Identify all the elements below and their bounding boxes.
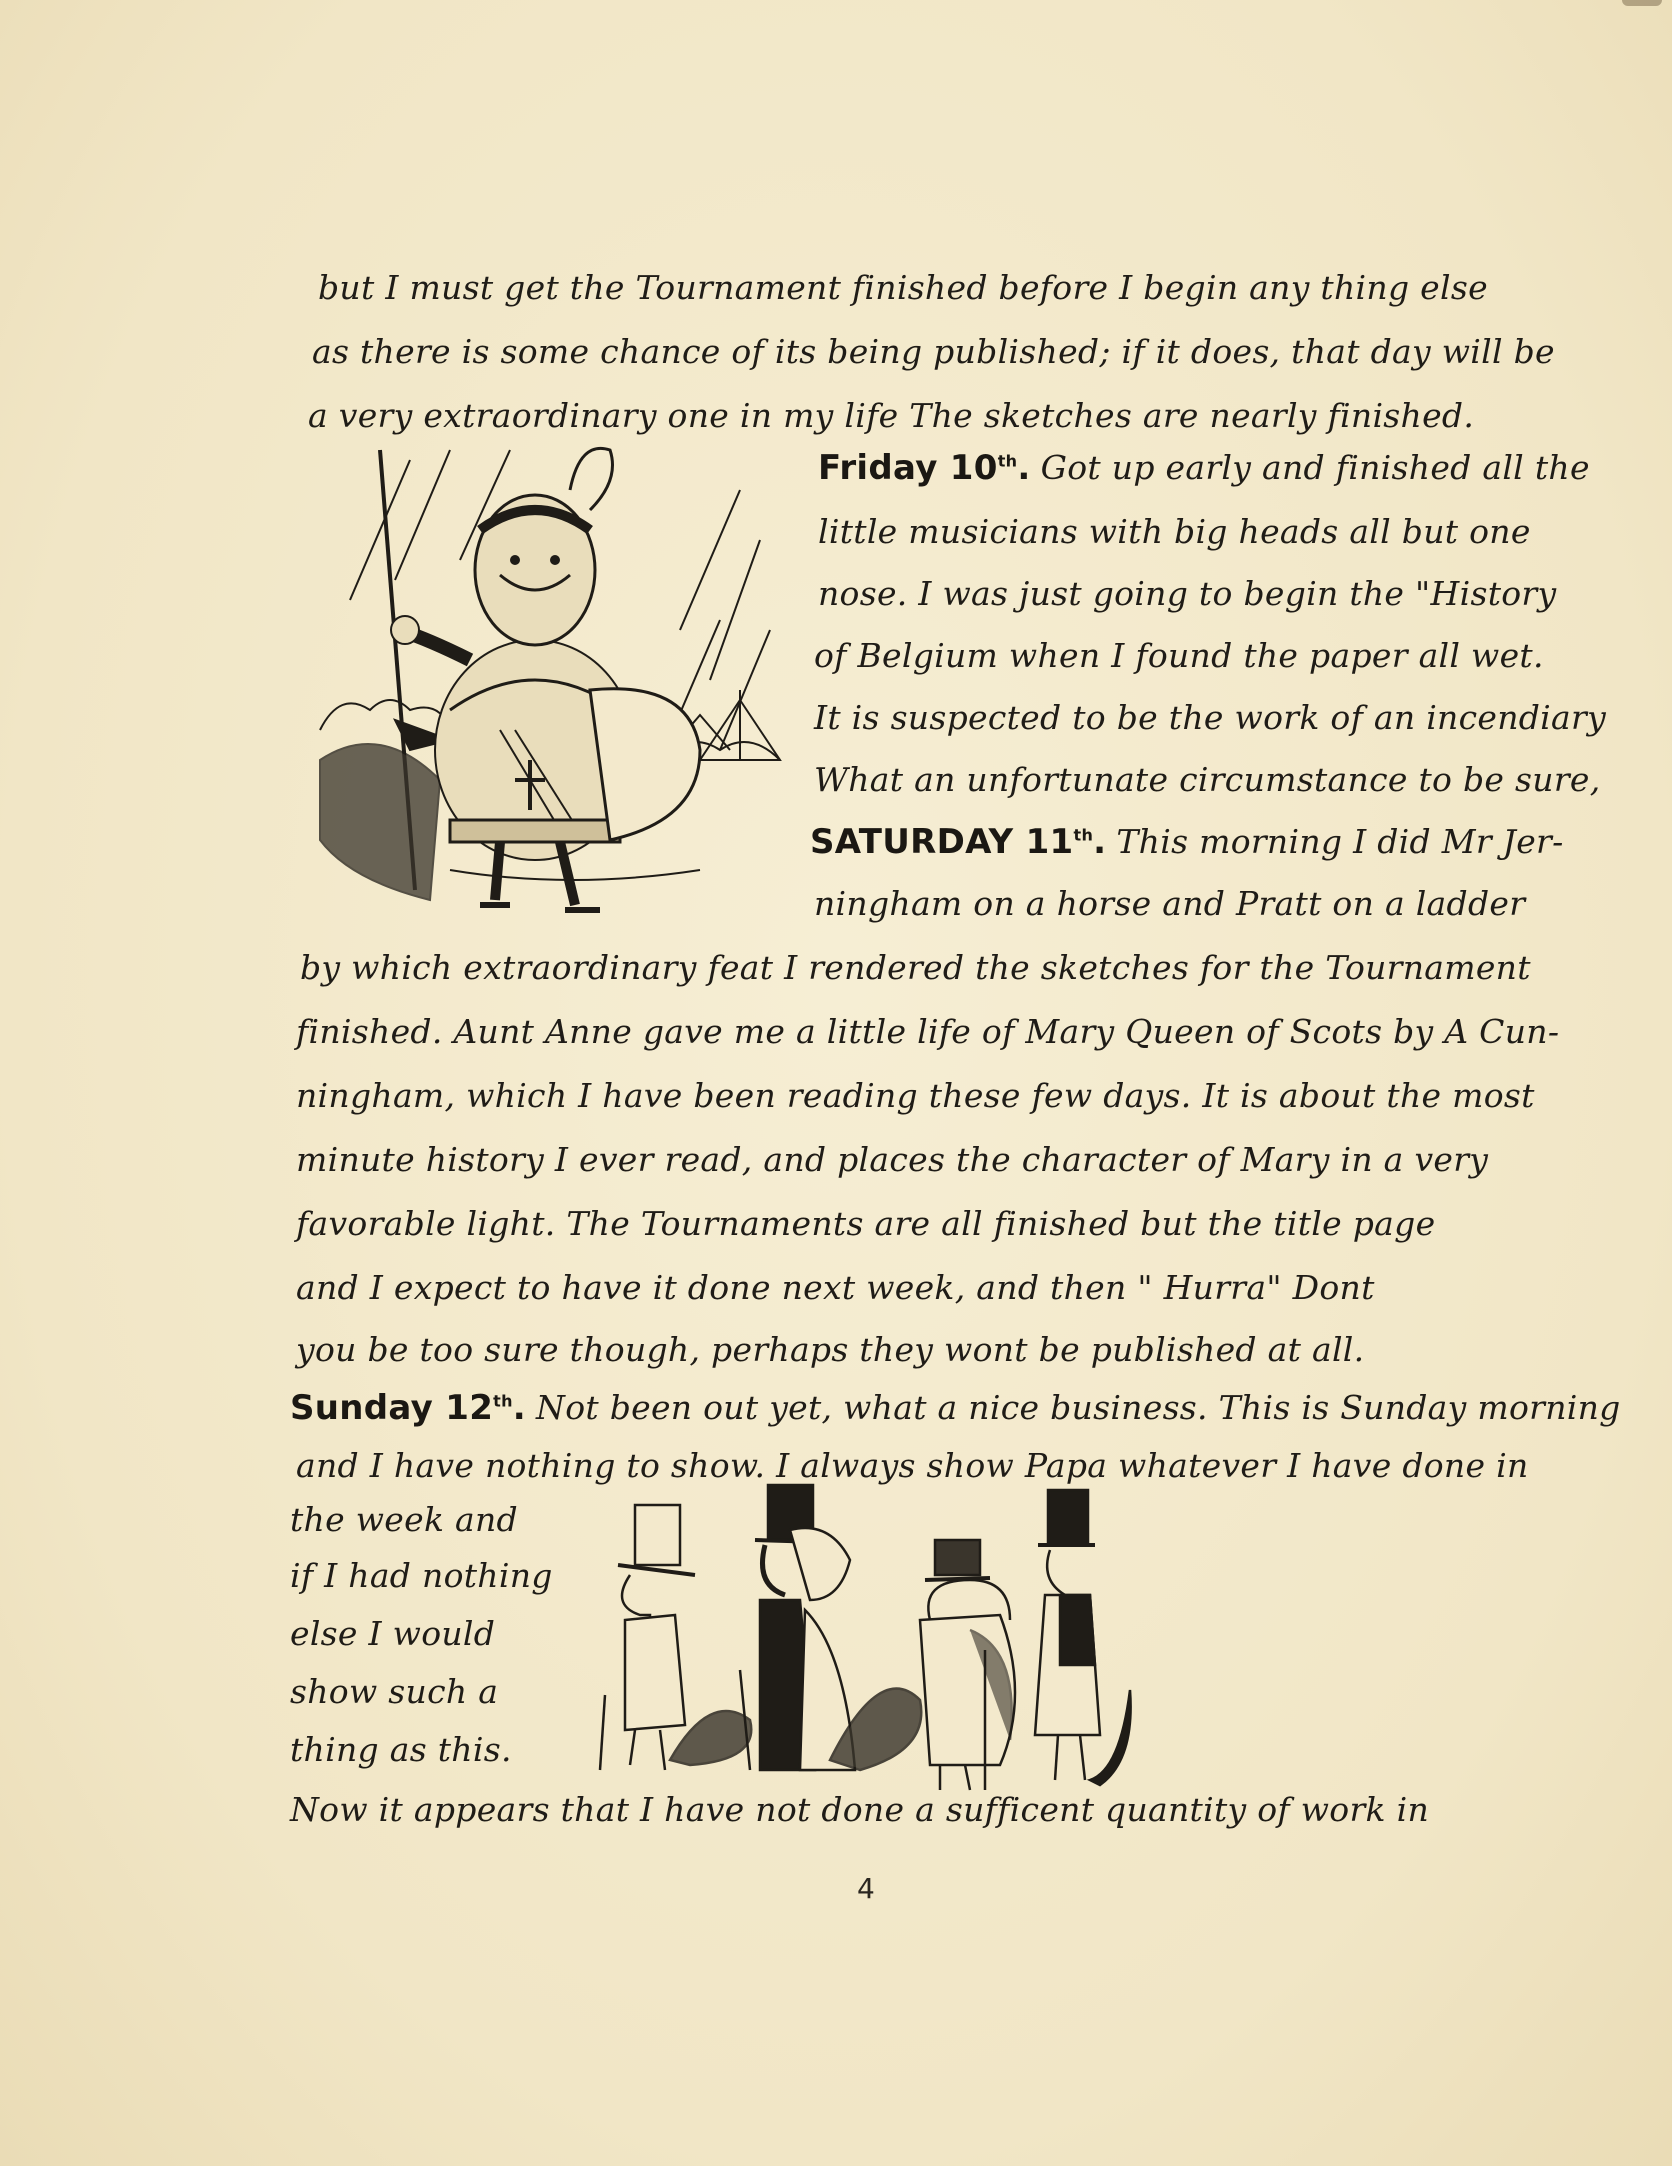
text-line: nose. I was just going to begin the "His… <box>818 574 1556 613</box>
side-text-line: show such a <box>290 1672 498 1711</box>
sunday-entry-line: Sunday 12th.Not been out yet, what a nic… <box>290 1388 1621 1428</box>
page-number: 4 <box>857 1872 875 1905</box>
text-line: of Belgium when I found the paper all we… <box>814 636 1544 675</box>
text-line: you be too sure though, perhaps they won… <box>296 1330 1364 1369</box>
sunday-heading: Sunday 12th. <box>290 1388 526 1428</box>
text-line: What an unfortunate circumstance to be s… <box>814 760 1601 799</box>
closing-text-line: Now it appears that I have not done a su… <box>290 1790 1429 1829</box>
knight-illustration <box>300 430 800 920</box>
text-line: favorable light. The Tournaments are all… <box>296 1204 1435 1243</box>
text-line: by which extraordinary feat I rendered t… <box>300 948 1531 987</box>
text-line: ningham, which I have been reading these… <box>296 1076 1535 1115</box>
text-line: but I must get the Tournament finished b… <box>318 268 1488 307</box>
side-text-line: if I had nothing <box>290 1556 553 1595</box>
text-line: and I expect to have it done next week, … <box>296 1268 1375 1307</box>
top-hat-figures-illustration <box>590 1480 1480 1810</box>
saturday-heading: SATURDAY 11th. <box>810 822 1106 862</box>
page-corner-mark <box>1622 0 1662 6</box>
side-text-line: thing as this. <box>290 1730 512 1769</box>
side-text-line: the week and <box>290 1500 518 1539</box>
text-line: as there is some chance of its being pub… <box>312 332 1555 371</box>
saturday-entry-line: SATURDAY 11th.This morning I did Mr Jer- <box>810 822 1564 862</box>
friday-heading: Friday 10th. <box>818 448 1031 488</box>
text-line: finished. Aunt Anne gave me a little lif… <box>296 1012 1559 1051</box>
side-text-line: else I would <box>290 1614 495 1653</box>
text-line: minute history I ever read, and places t… <box>296 1140 1488 1179</box>
diary-page: but I must get the Tournament finished b… <box>0 0 1672 2166</box>
friday-entry-line: Friday 10th.Got up early and finished al… <box>818 448 1590 488</box>
text-line: It is suspected to be the work of an inc… <box>814 698 1606 737</box>
text-line: little musicians with big heads all but … <box>818 512 1531 551</box>
text-line: ningham on a horse and Pratt on a ladder <box>814 884 1525 923</box>
